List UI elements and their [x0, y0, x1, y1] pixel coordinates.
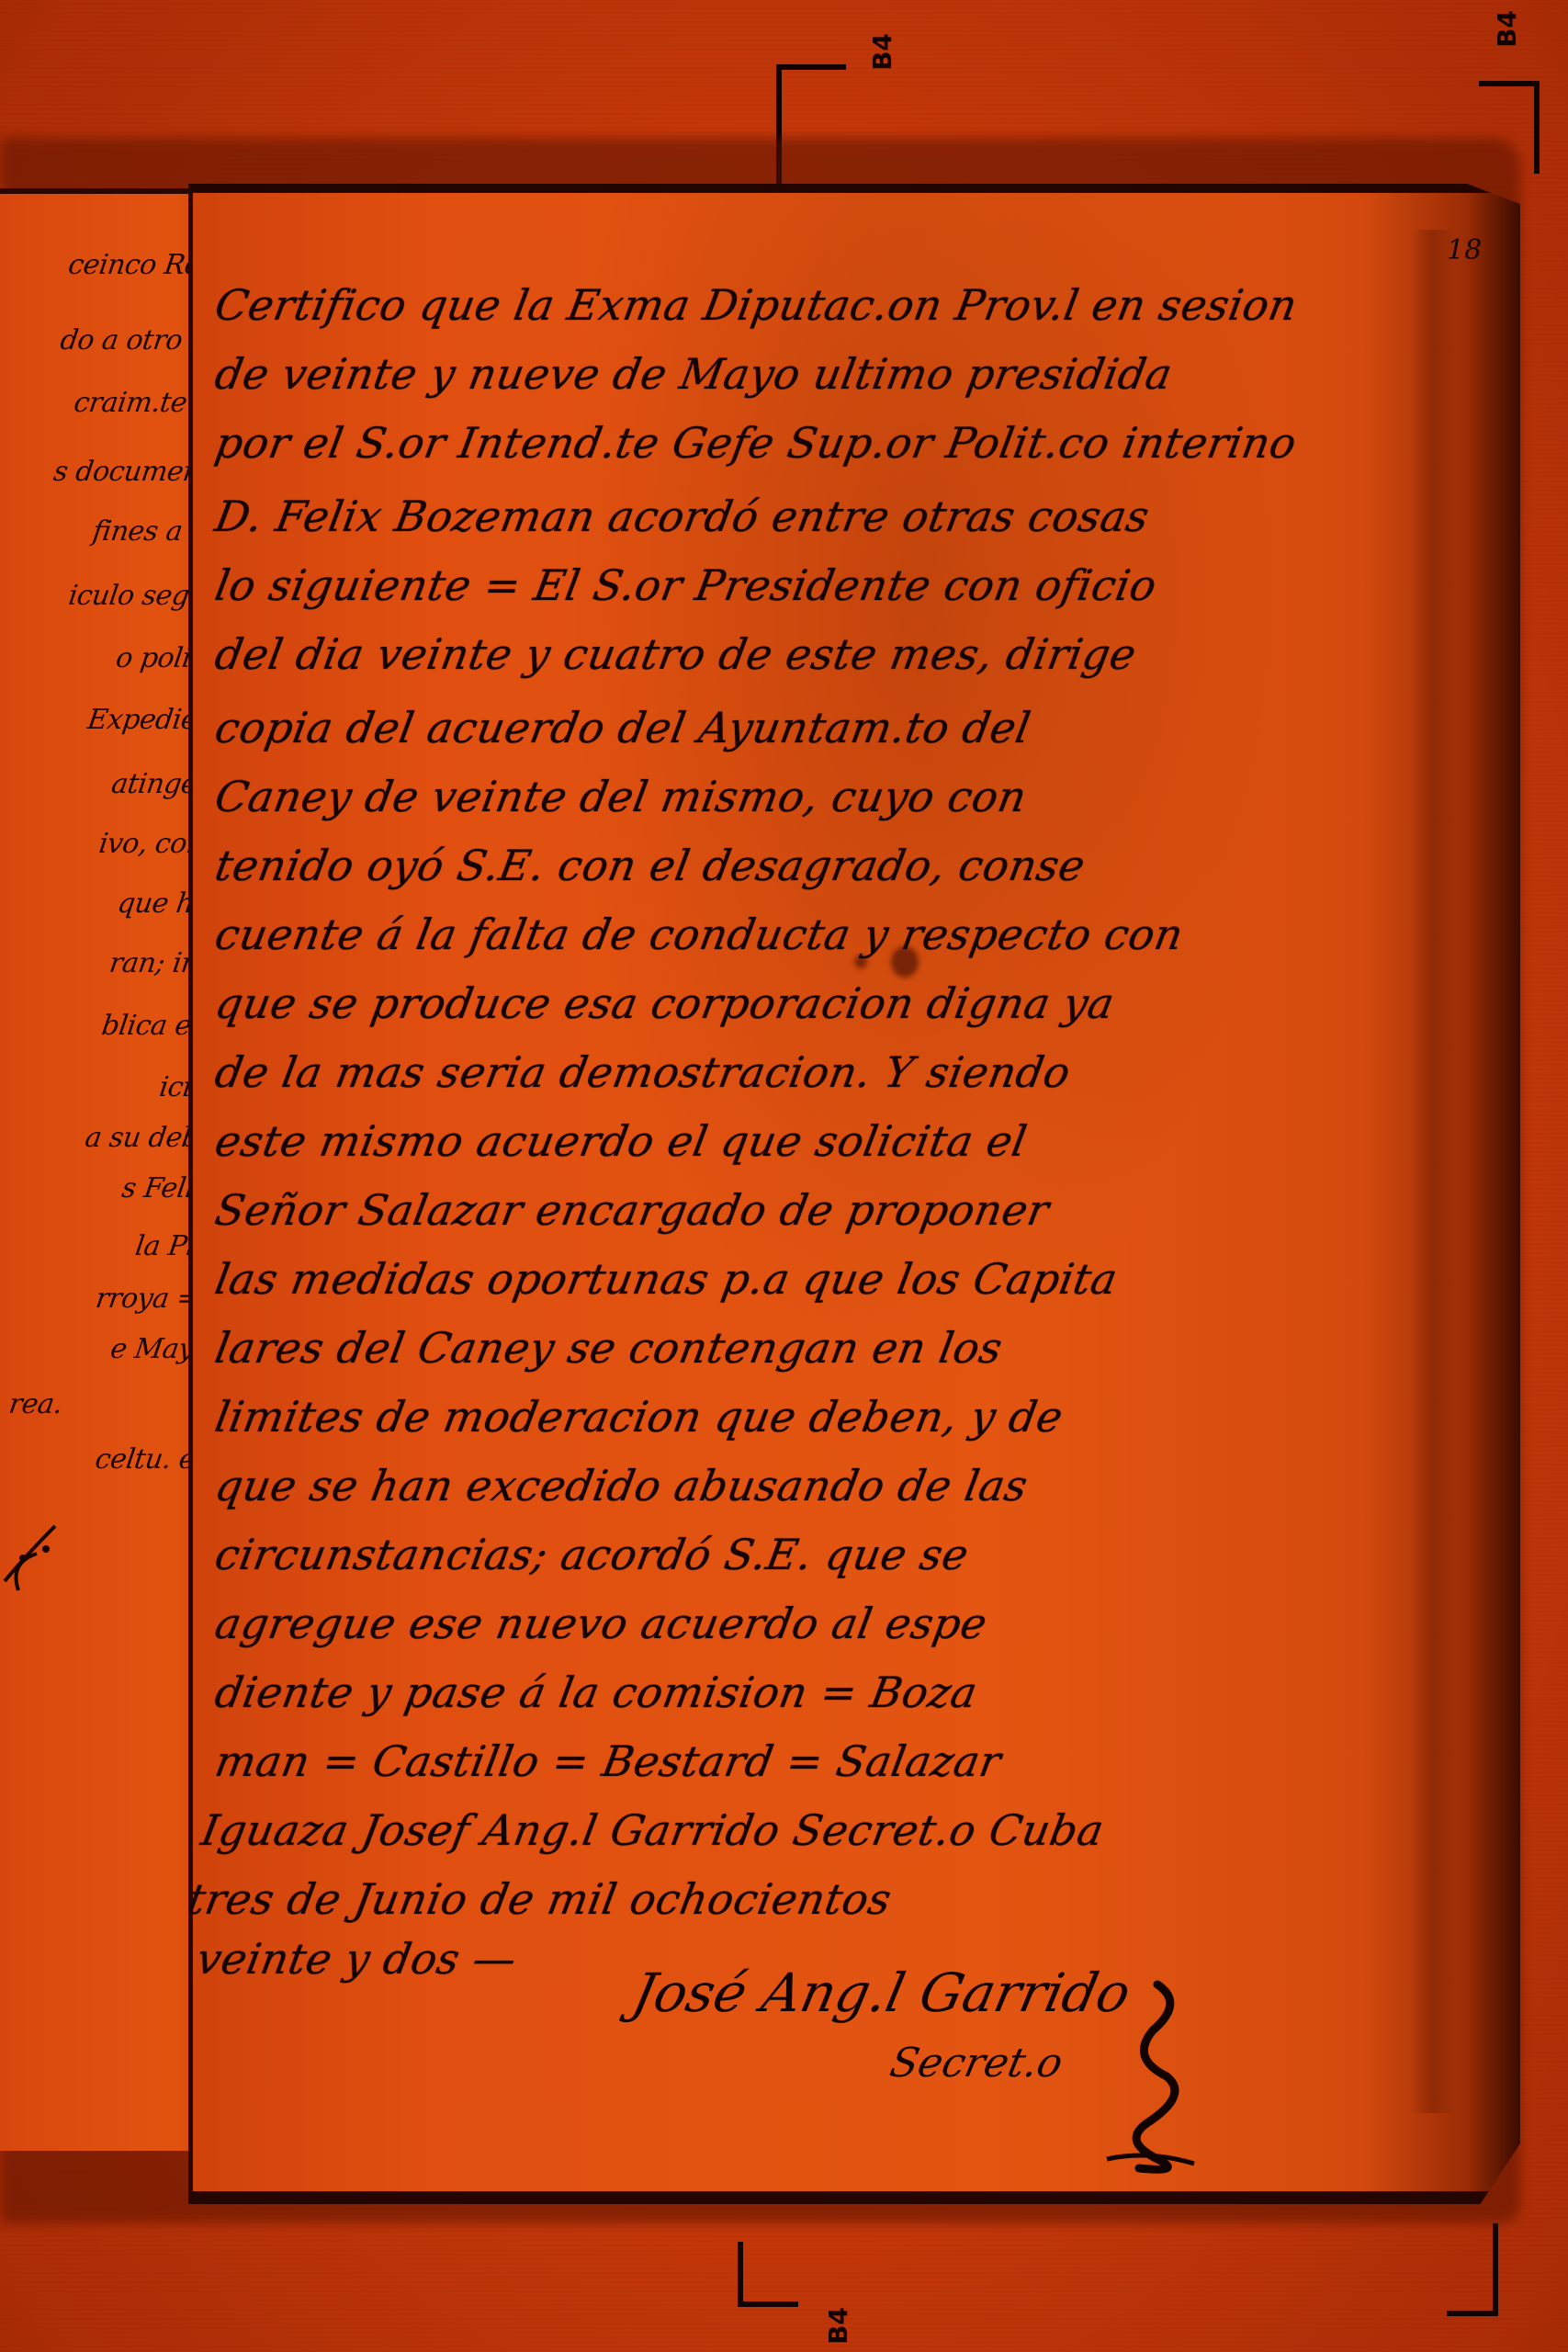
registration-label-top-right: B4 — [1492, 10, 1522, 48]
signature-rubric-icon — [1102, 1975, 1213, 2177]
manuscript-line: D. Felix Bozeman acordó entre otras cosa… — [211, 492, 1153, 541]
manuscript-line: lares del Caney se contengan en los — [211, 1323, 1006, 1373]
manuscript-line: las medidas oportunas p.a que los Capita — [211, 1254, 1122, 1304]
manuscript-line: que se han excedido abusando de las — [211, 1461, 1032, 1510]
left-page-rubric-icon — [0, 1517, 73, 1600]
folio-number: 18 — [1447, 234, 1482, 266]
manuscript-line: cuente á la falta de conducta y respecto… — [211, 910, 1187, 959]
manuscript-line: por el S.or Intend.te Gefe Sup.or Polit.… — [211, 418, 1300, 468]
manuscript-line: del dia veinte y cuatro de este mes, dir… — [211, 629, 1140, 679]
manuscript-line: tenido oyó S.E. con el desagrado, conse — [211, 841, 1089, 890]
page-fold-shadow — [1410, 230, 1456, 2113]
manuscript-line: Señor Salazar encargado de proponer — [211, 1185, 1053, 1235]
left-page-line: rea. — [7, 1388, 64, 1420]
registration-mark-bottom-left — [738, 2242, 798, 2307]
registration-mark-bottom-right — [1447, 2223, 1498, 2316]
manuscript-line: diente y pase á la comision = Boza — [211, 1668, 981, 1717]
manuscript-line: Iguaza Josef Ang.l Garrido Secret.o Cuba — [197, 1805, 1108, 1855]
manuscript-line: copia del acuerdo del Ayuntam.to del — [211, 703, 1034, 752]
manuscript-line: lo siguiente = El S.or Presidente con of… — [211, 560, 1160, 610]
manuscript-line: agregue ese nuevo acuerdo al espe — [211, 1599, 991, 1648]
manuscript-line: Caney de veinte del mismo, cuyo con — [211, 772, 1031, 821]
manuscript-line: veinte y dos — — [193, 1934, 520, 1984]
manuscript-line: este mismo acuerdo el que solicita el — [211, 1116, 1031, 1166]
manuscript-line: tres de Junio de mil ochocientos — [184, 1874, 895, 1924]
manuscript-line: de la mas seria demostracion. Y siendo — [211, 1047, 1074, 1097]
manuscript-line: circunstancias; acordó S.E. que se — [211, 1530, 972, 1579]
manuscript-line: Certifico que la Exma Diputac.on Prov.l … — [211, 280, 1301, 330]
manuscript-line: que se produce esa corporacion digna ya — [211, 978, 1118, 1028]
signature-name: José Ang.l Garrido — [627, 1962, 1136, 2024]
manuscript-line: de veinte y nueve de Mayo ultimo presidi… — [211, 349, 1176, 399]
registration-label-bottom-left: B4 — [823, 2307, 853, 2345]
registration-label-top-left: B4 — [867, 33, 897, 71]
manuscript-line: man = Castillo = Bestard = Salazar — [211, 1736, 1005, 1786]
manuscript-line: limites de moderacion que deben, y de — [211, 1392, 1066, 1442]
signature-title: Secret.o — [886, 2040, 1067, 2086]
